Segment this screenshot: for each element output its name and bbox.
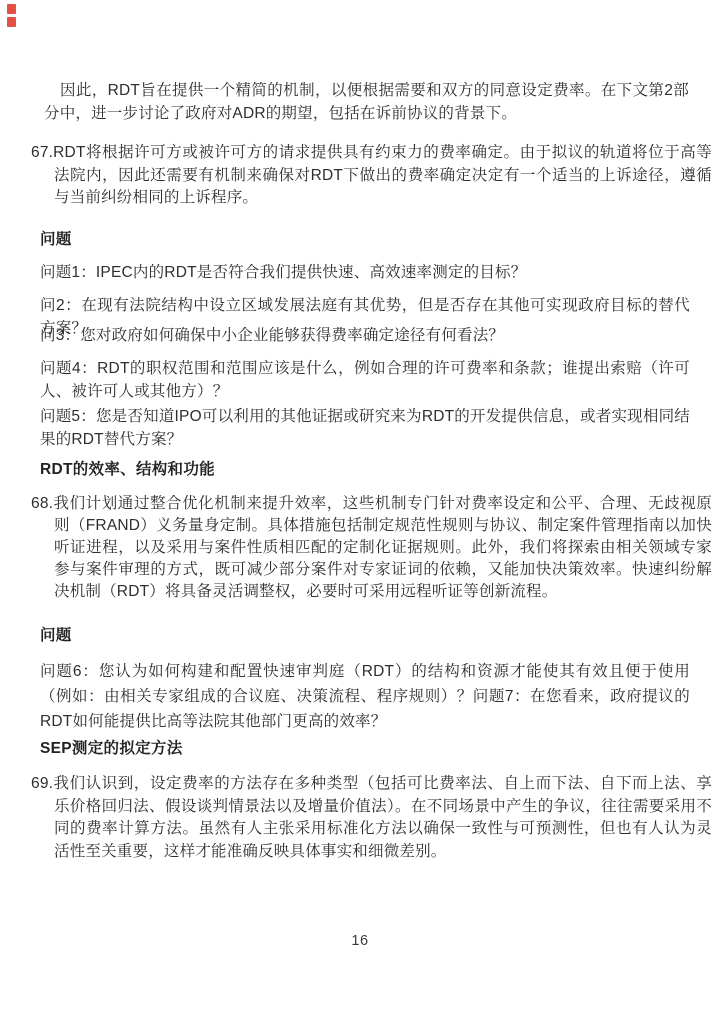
sep-section-heading: SEP测定的拟定方法 bbox=[40, 739, 690, 759]
document-page: 因此，RDT旨在提供一个精简的机制，以便根据需要和双方的同意设定费率。在下文第2… bbox=[0, 0, 720, 1017]
red-mark-icon bbox=[7, 17, 16, 27]
rdt-section-heading: RDT的效率、结构和功能 bbox=[40, 460, 690, 480]
question-3: 问3：您对政府如何确保中小企业能够获得费率确定途径有何看法？ bbox=[40, 325, 690, 348]
questions-heading-1: 问题 bbox=[40, 230, 690, 250]
question-1: 问题1：IPEC内的RDT是否符合我们提供快速、高效速率测定的目标？ bbox=[40, 262, 690, 285]
paragraph-69: 69.我们认识到，设定费率的方法存在多种类型（包括可比费率法、自上而下法、自下而… bbox=[31, 773, 712, 863]
paragraph-67-text: RDT将根据许可方或被许可方的请求提供具有约束力的费率确定。由于拟议的轨道将位于… bbox=[53, 144, 712, 206]
red-mark-icon bbox=[7, 4, 16, 14]
paragraph-67: 67.RDT将根据许可方或被许可方的请求提供具有约束力的费率确定。由于拟议的轨道… bbox=[31, 142, 712, 210]
question-4: 问题4：RDT的职权范围和范围应该是什么，例如合理的许可费率和条款；谁提出索赔（… bbox=[40, 358, 690, 403]
paragraph-69-number: 69. bbox=[31, 775, 53, 792]
intro-paragraph: 因此，RDT旨在提供一个精简的机制，以便根据需要和双方的同意设定费率。在下文第2… bbox=[44, 79, 689, 125]
question-5: 问题5：您是否知道IPO可以利用的其他证据或研究来为RDT的开发提供信息，或者实… bbox=[40, 406, 690, 451]
page-number: 16 bbox=[0, 933, 720, 949]
paragraph-67-number: 67. bbox=[31, 144, 53, 161]
paragraph-68-number: 68. bbox=[31, 495, 53, 512]
paragraph-68-text: 我们计划通过整合优化机制来提升效率，这些机制专门针对费率设定和公平、合理、无歧视… bbox=[53, 495, 712, 600]
paragraph-68: 68.我们计划通过整合优化机制来提升效率，这些机制专门针对费率设定和公平、合理、… bbox=[31, 493, 712, 603]
paragraph-69-text: 我们认识到，设定费率的方法存在多种类型（包括可比费率法、自上而下法、自下而上法、… bbox=[53, 775, 712, 860]
red-scan-marks bbox=[7, 4, 18, 30]
question-6-7: 问题6：您认为如何构建和配置快速审判庭（RDT）的结构和资源才能使其有效且便于使… bbox=[40, 659, 690, 734]
questions-heading-2: 问题 bbox=[40, 626, 690, 646]
